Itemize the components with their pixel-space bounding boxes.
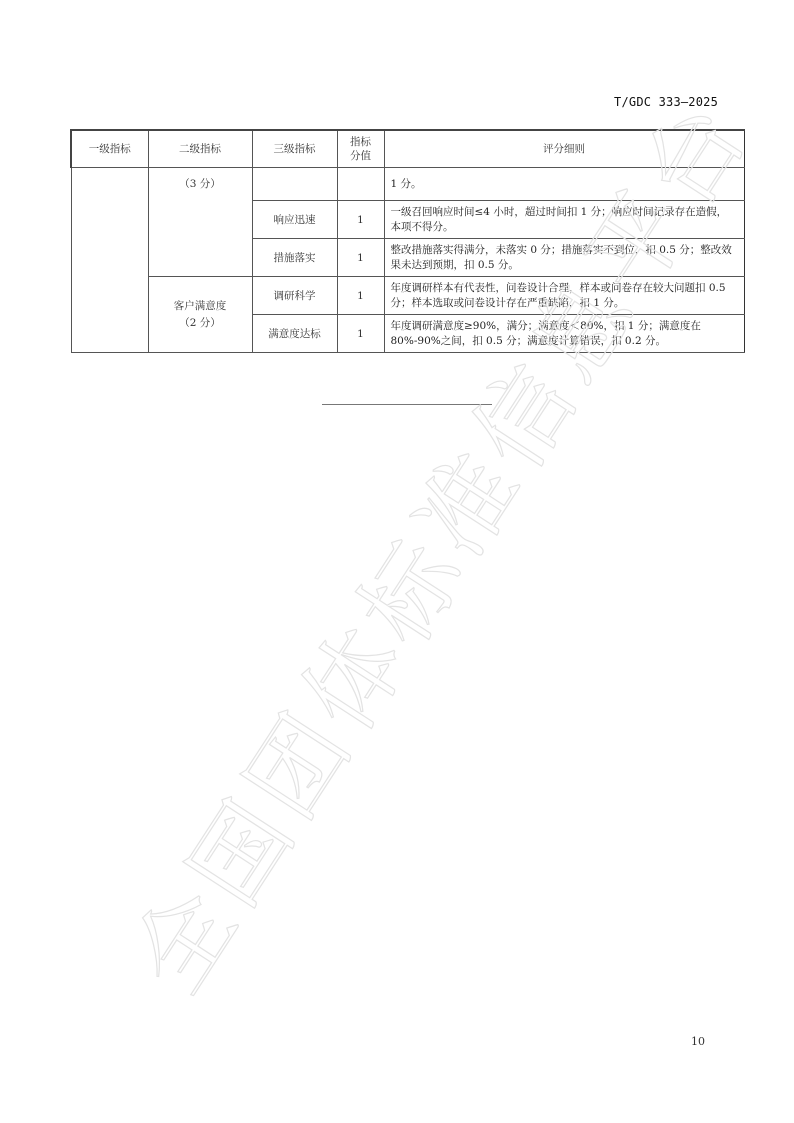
table-row: （3 分） 1 分。 (71, 168, 744, 201)
header-level3: 三级指标 (252, 130, 337, 168)
table-row: 客户满意度 （2 分） 调研科学 1 年度调研样本有代表性，问卷设计合理，样本或… (71, 277, 744, 315)
score-cell: 1 (337, 239, 384, 277)
page-number: 10 (691, 1035, 705, 1048)
detail-cell: 1 分。 (384, 168, 744, 201)
detail-cell: 年度调研样本有代表性，问卷设计合理，样本或问卷存在较大问题扣 0.5 分；样本选… (384, 277, 744, 315)
score-cell: 1 (337, 315, 384, 353)
header-score: 指标 分值 (337, 130, 384, 168)
header-level1: 一级指标 (71, 130, 148, 168)
header-level2: 二级指标 (148, 130, 252, 168)
level2-score: （2 分） (149, 315, 252, 332)
level3-cell: 调研科学 (252, 277, 337, 315)
score-cell: 1 (337, 277, 384, 315)
header-score-line2: 分值 (338, 149, 384, 163)
level2-cell: 客户满意度 （2 分） (148, 277, 252, 353)
level2-label: 客户满意度 (149, 298, 252, 315)
table-header-row: 一级指标 二级指标 三级指标 指标 分值 评分细则 (71, 130, 744, 168)
level3-cell: 满意度达标 (252, 315, 337, 353)
level3-cell: 措施落实 (252, 239, 337, 277)
score-cell: 1 (337, 201, 384, 239)
level2-score: （3 分） (179, 178, 221, 190)
detail-cell: 整改措施落实得满分，未落实 0 分；措施落实不到位，扣 0.5 分；整改效果未达… (384, 239, 744, 277)
score-cell (337, 168, 384, 201)
end-separator-line (322, 404, 492, 405)
header-score-line1: 指标 (338, 135, 384, 149)
level3-cell: 响应迅速 (252, 201, 337, 239)
level3-cell (252, 168, 337, 201)
detail-cell: 年度调研满意度≥90%，满分；满意度＜80%，扣 1 分；满意度在 80%-90… (384, 315, 744, 353)
detail-cell: 一级召回响应时间≤4 小时，超过时间扣 1 分；响应时间记录存在造假，本项不得分… (384, 201, 744, 239)
level2-cell: （3 分） (148, 168, 252, 277)
level1-cell (71, 168, 148, 353)
scoring-table: 一级指标 二级指标 三级指标 指标 分值 评分细则 （3 分） 1 分。 响应迅… (70, 129, 745, 353)
header-detail: 评分细则 (384, 130, 744, 168)
document-code: T/GDC 333—2025 (614, 95, 718, 109)
